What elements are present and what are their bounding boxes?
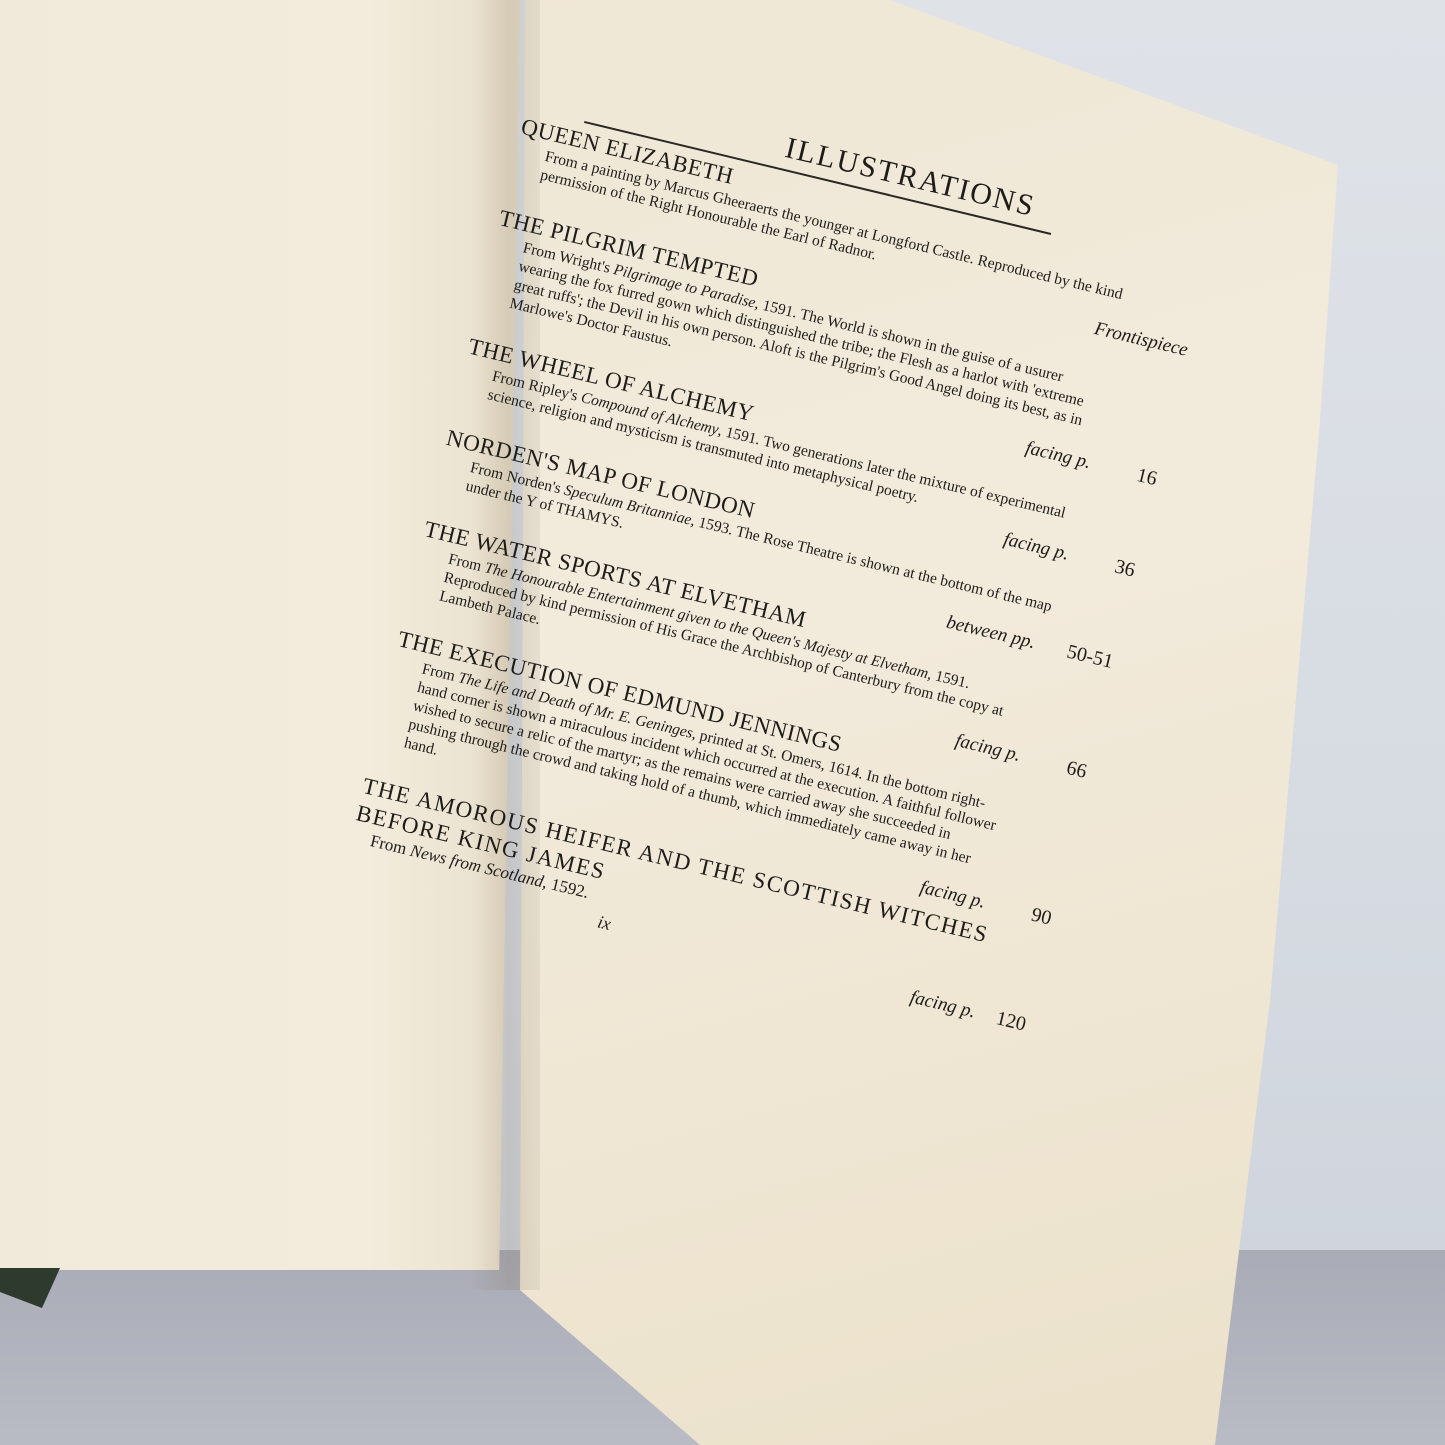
entry-page-number: 120 <box>994 1007 1029 1036</box>
page-folio: ix <box>595 912 613 935</box>
